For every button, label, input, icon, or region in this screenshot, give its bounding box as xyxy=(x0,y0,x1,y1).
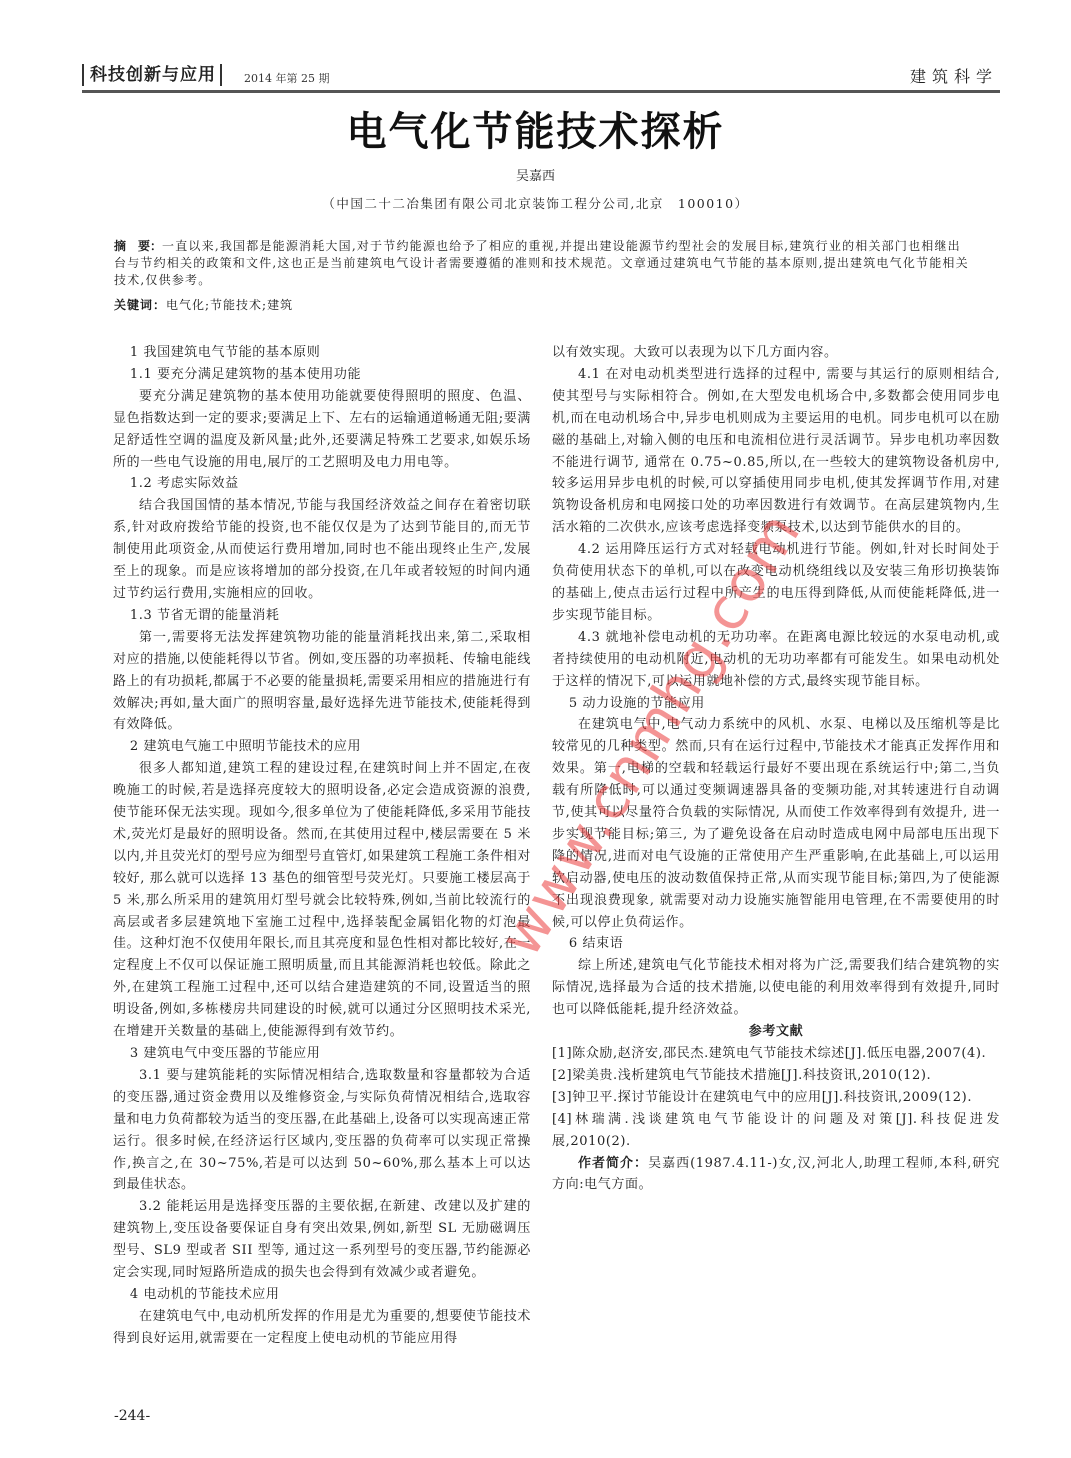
reference-item: [1]陈众励,赵济安,邵民杰.建筑电气节能技术综述[J].低压电器,2007(4… xyxy=(552,1043,1000,1065)
section-heading: 2 建筑电气施工中照明节能技术的应用 xyxy=(113,736,531,758)
reference-item: [2]梁美贵.浅析建筑电气节能技术措施[J].科技资讯,2010(12). xyxy=(552,1065,1000,1087)
issue-number: 2014 年第 25 期 xyxy=(244,70,329,86)
author-affiliation: （中国二十二冶集团有限公司北京装饰工程分公司,北京 100010） xyxy=(0,194,1071,212)
running-header: 科技创新与应用 2014 年第 25 期 建筑科学 xyxy=(82,66,1000,93)
keywords-label: 关键词： xyxy=(114,298,166,312)
section-heading: 1.3 节省无谓的能量消耗 xyxy=(113,605,531,627)
right-column: 以有效实现。大致可以表现为以下几方面内容。4.1 在对电动机类型进行选择的过程中… xyxy=(552,342,1000,1196)
paragraph: 4.2 运用降压运行方式对轻载电动机进行节能。例如,针对长时间处于负荷使用状态下… xyxy=(552,539,1000,627)
abstract-label: 摘 要： xyxy=(114,239,162,253)
journal-name: 科技创新与应用 xyxy=(82,64,222,86)
paragraph: 要充分满足建筑物的基本使用功能就要使得照明的照度、色温、显色指数达到一定的要求;… xyxy=(113,386,531,474)
section-heading: 1.2 考虑实际效益 xyxy=(113,473,531,495)
article-title: 电气化节能技术探析 xyxy=(0,100,1071,157)
section-label: 建筑科学 xyxy=(910,64,998,87)
page-number: -244- xyxy=(114,1408,150,1424)
author-bio-label: 作者简介： xyxy=(578,1156,648,1171)
section-heading: 6 结束语 xyxy=(552,933,1000,955)
abstract: 摘 要：一直以来,我国都是能源消耗大国,对于节约能源也给予了相应的重视,并提出建… xyxy=(114,238,974,289)
paragraph: 4.3 就地补偿电动机的无功功率。在距离电源比较远的水泵电动机,或者持续使用的电… xyxy=(552,627,1000,693)
section-heading: 1.1 要充分满足建筑物的基本使用功能 xyxy=(113,364,531,386)
paragraph: 第一,需要将无法发挥建筑物功能的能量消耗找出来,第二,采取相对应的措施,以使能耗… xyxy=(113,627,531,737)
paragraph: 3.1 要与建筑能耗的实际情况相结合,选取数量和容量都较为合适的变压器,通过资金… xyxy=(113,1065,531,1196)
paragraph: 4.1 在对电动机类型进行选择的过程中, 需要与其运行的原则相结合,使其型号与实… xyxy=(552,364,1000,539)
paragraph: 结合我国国情的基本情况,节能与我国经济效益之间存在着密切联系,针对政府拨给节能的… xyxy=(113,495,531,605)
abstract-text: 一直以来,我国都是能源消耗大国,对于节约能源也给予了相应的重视,并提出建设能源节… xyxy=(114,239,969,287)
paragraph: 很多人都知道,建筑工程的建设过程,在建筑时间上并不固定,在夜晚施工的时候,若是选… xyxy=(113,758,531,1043)
keywords-text: 电气化;节能技术;建筑 xyxy=(166,298,293,312)
section-heading: 3 建筑电气中变压器的节能应用 xyxy=(113,1043,531,1065)
reference-item: [4]林瑞满.浅谈建筑电气节能设计的问题及对策[J].科技促进发展,2010(2… xyxy=(552,1109,1000,1153)
paragraph: 在建筑电气中,电气动力系统中的风机、水泵、电梯以及压缩机等是比较常见的几种类型。… xyxy=(552,714,1000,933)
left-column: 1 我国建筑电气节能的基本原则1.1 要充分满足建筑物的基本使用功能要充分满足建… xyxy=(113,342,531,1350)
references-heading: 参考文献 xyxy=(552,1021,1000,1043)
reference-item: [3]钟卫平.探讨节能设计在建筑电气中的应用[J].科技资讯,2009(12). xyxy=(552,1087,1000,1109)
section-heading: 5 动力设施的节能应用 xyxy=(552,693,1000,715)
author-bio: 作者简介：吴嘉西(1987.4.11-)女,汉,河北人,助理工程师,本科,研究方… xyxy=(552,1153,1000,1197)
paragraph: 以有效实现。大致可以表现为以下几方面内容。 xyxy=(552,342,1000,364)
paragraph: 综上所述,建筑电气化节能技术相对将为广泛,需要我们结合建筑物的实际情况,选择最为… xyxy=(552,955,1000,1021)
author-name: 吴嘉西 xyxy=(0,165,1071,184)
paragraph: 在建筑电气中,电动机所发挥的作用是尤为重要的,想要使节能技术得到良好运用,就需要… xyxy=(113,1306,531,1350)
keywords: 关键词：电气化;节能技术;建筑 xyxy=(114,296,293,313)
paragraph: 3.2 能耗运用是选择变压器的主要依据,在新建、改建以及扩建的建筑物上,变压设备… xyxy=(113,1196,531,1284)
section-heading: 4 电动机的节能技术应用 xyxy=(113,1284,531,1306)
section-heading: 1 我国建筑电气节能的基本原则 xyxy=(113,342,531,364)
